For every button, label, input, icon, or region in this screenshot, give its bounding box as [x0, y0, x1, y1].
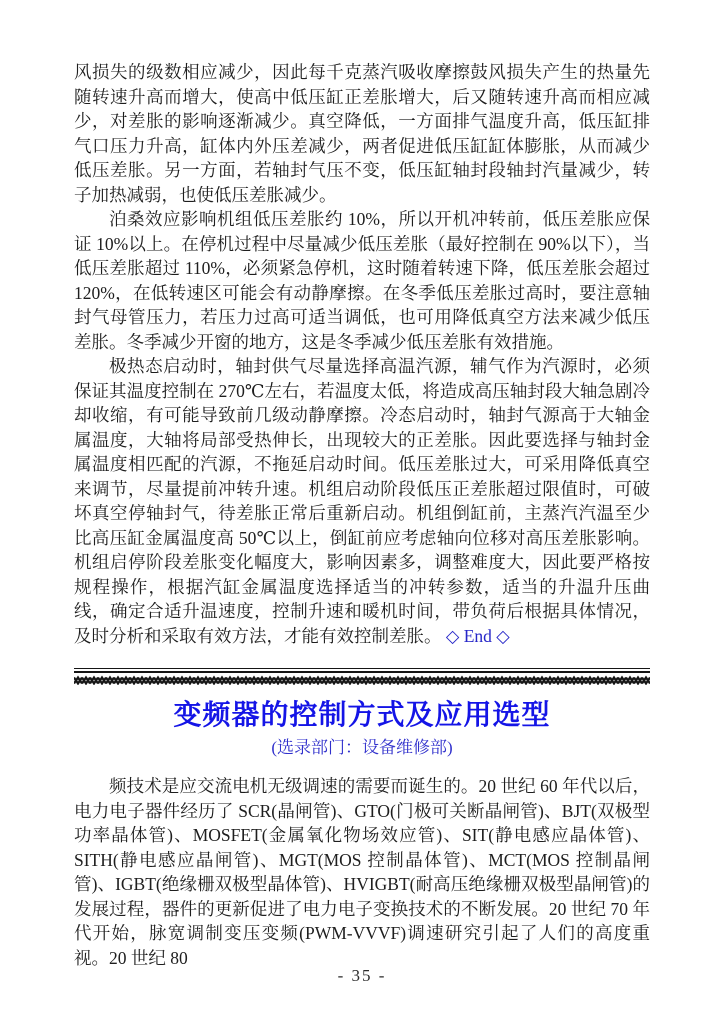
paragraph: 频技术是应交流电机无级调速的需要而诞生的。20 世纪 60 年代以后，电力电子器…: [74, 774, 650, 970]
document-page: 风损失的级数相应减少，因此每千克蒸汽吸收摩擦鼓风损失产生的热量先随转速升高而增大…: [0, 0, 724, 1024]
paragraph: 极热态启动时，轴封供气尽量选择高温汽源，辅气作为汽源时，必须保证其温度控制在 2…: [74, 354, 650, 648]
paragraph-text: 极热态启动时，轴封供气尽量选择高温汽源，辅气作为汽源时，必须保证其温度控制在 2…: [74, 356, 650, 646]
article-title: 变频器的控制方式及应用选型: [74, 697, 650, 733]
page-number: - 35 -: [0, 966, 724, 986]
article-end-marker: ◇ End ◇: [442, 626, 510, 646]
paragraph: 风损失的级数相应减少，因此每千克蒸汽吸收摩擦鼓风损失产生的热量先随转速升高而增大…: [74, 60, 650, 207]
zigzag-ornament-icon: [74, 675, 650, 685]
divider-thin-rule: [74, 668, 650, 669]
paragraph: 泊桑效应影响机组低压差胀约 10%，所以开机冲转前，低压差胀应保证 10%以上。…: [74, 207, 650, 354]
previous-article-body: 风损失的级数相应减少，因此每千克蒸汽吸收摩擦鼓风损失产生的热量先随转速升高而增大…: [74, 60, 650, 648]
article-body: 频技术是应交流电机无级调速的需要而诞生的。20 世纪 60 年代以后，电力电子器…: [74, 774, 650, 970]
section-divider: [74, 668, 650, 685]
article-subtitle: (选录部门：设备维修部): [74, 737, 650, 759]
text-block: 风损失的级数相应减少，因此每千克蒸汽吸收摩擦鼓风损失产生的热量先随转速升高而增大…: [74, 60, 650, 970]
divider-thick-rule: [74, 671, 650, 673]
